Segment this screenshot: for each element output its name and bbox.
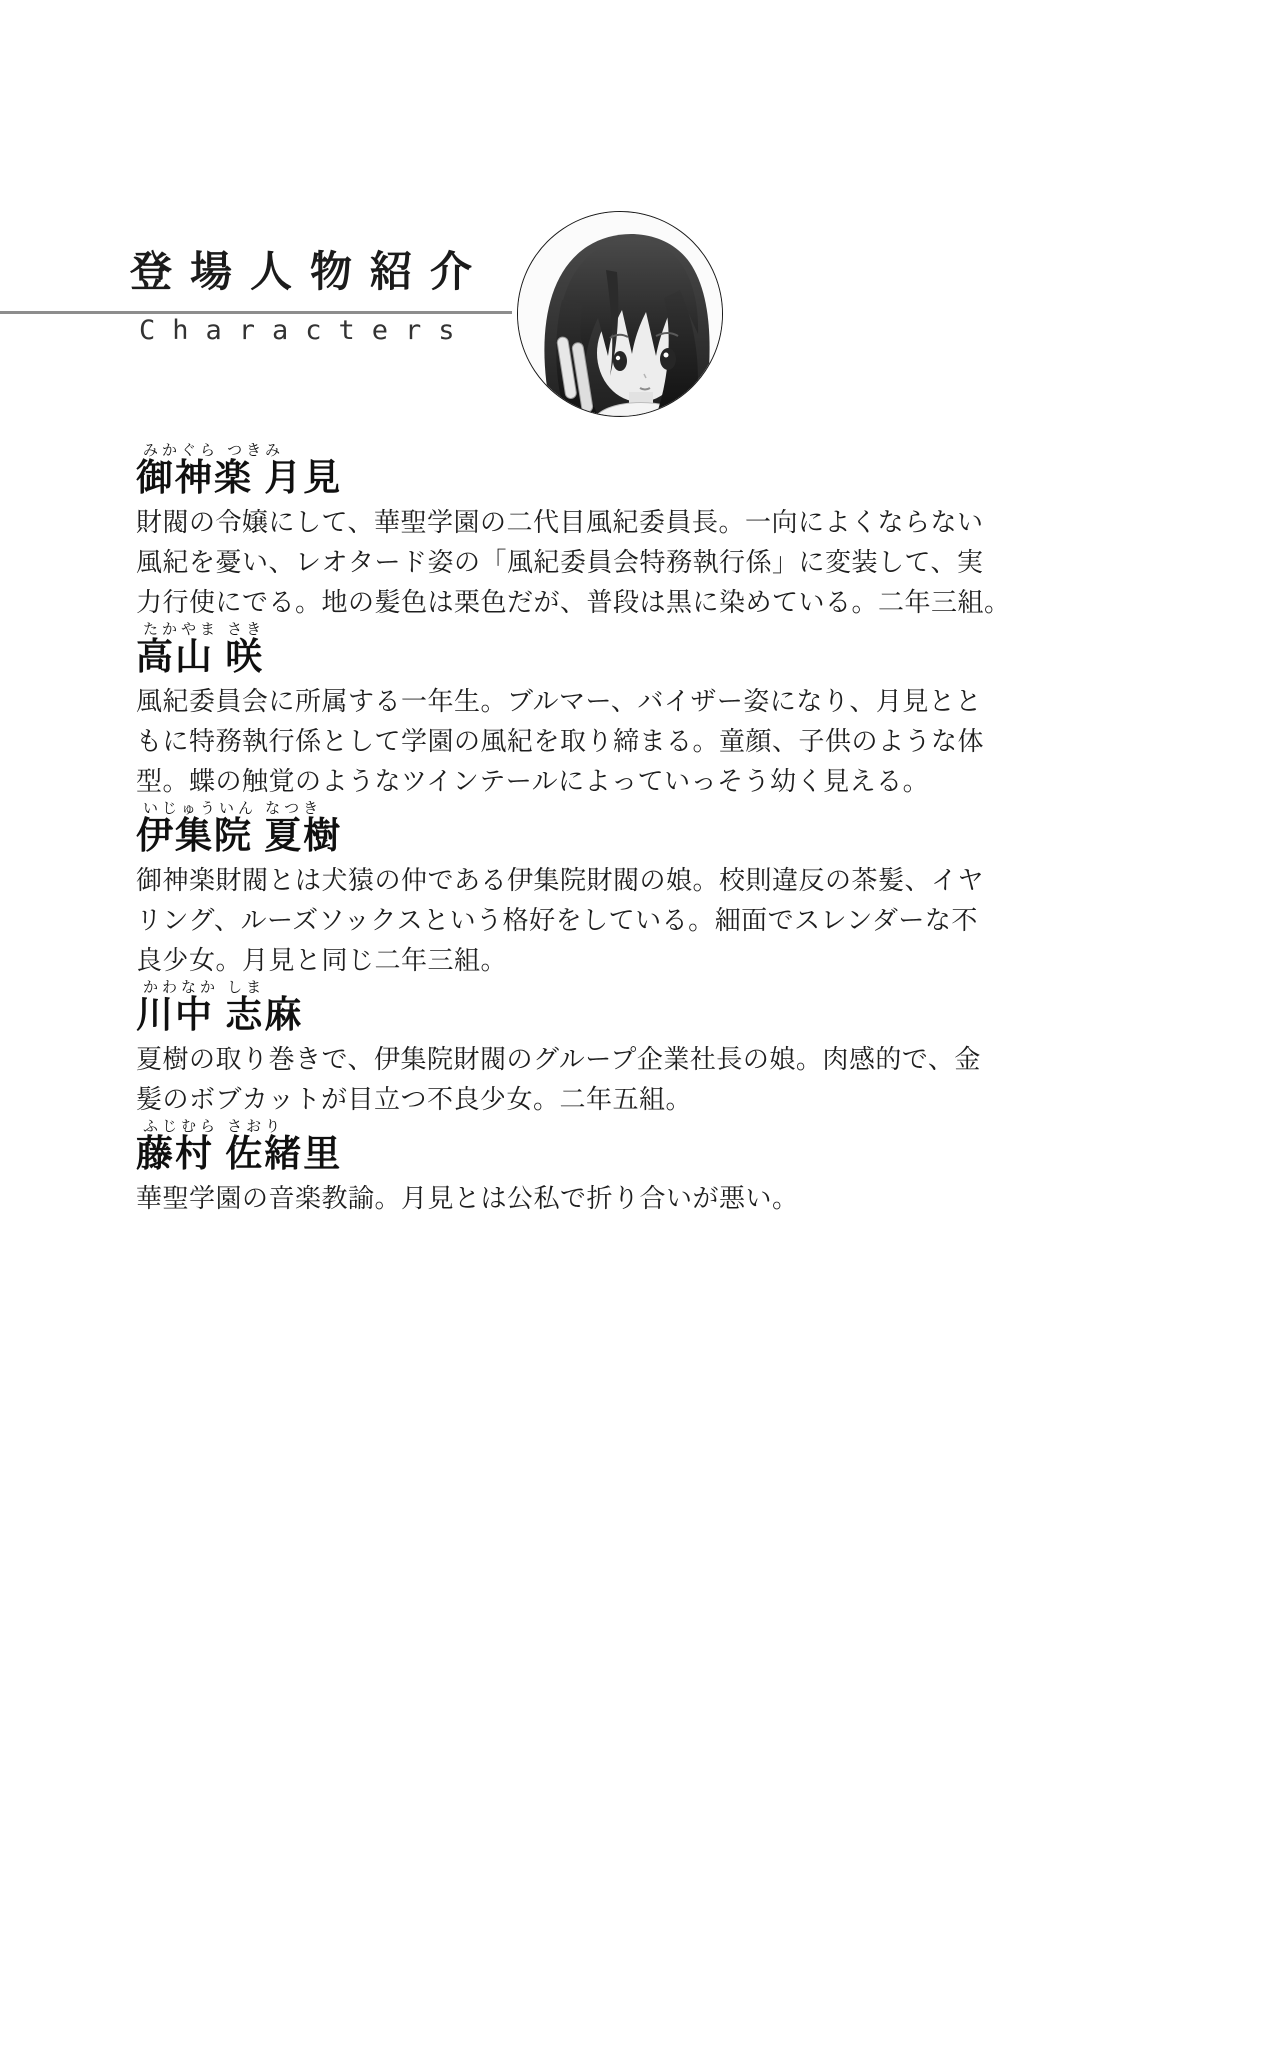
- character-portrait: [518, 212, 722, 416]
- character-description: 華聖学園の音楽教諭。月見とは公私で折り合いが悪い。: [136, 1178, 1048, 1218]
- character-name: 御神楽 月見: [136, 458, 1048, 500]
- furigana: たかやま さき: [143, 622, 1048, 637]
- page-subtitle: Characters: [139, 317, 472, 344]
- character-description: 風紀委員会に所属する一年生。ブルマー、バイザー姿になり、月見とと もに特務執行係…: [136, 681, 1048, 801]
- character-name: 高山 咲: [136, 637, 1048, 679]
- furigana: みかぐら つきみ: [143, 443, 1048, 458]
- character-name: 藤村 佐緒里: [136, 1134, 1048, 1176]
- page-title: 登場人物紹介: [130, 252, 490, 294]
- character-description: 御神楽財閥とは犬猿の仲である伊集院財閥の娘。校則違反の茶髪、イヤ リング、ルーズ…: [136, 860, 1048, 980]
- character-entry: ふじむら さおり 藤村 佐緒里 華聖学園の音楽教諭。月見とは公私で折り合いが悪い…: [136, 1119, 1048, 1218]
- character-description: 財閥の令嬢にして、華聖学園の二代目風紀委員長。一向によくならない 風紀を憂い、レ…: [136, 502, 1048, 622]
- character-entry: いじゅういん なつき 伊集院 夏樹 御神楽財閥とは犬猿の仲である伊集院財閥の娘。…: [136, 801, 1048, 980]
- character-description: 夏樹の取り巻きで、伊集院財閥のグループ企業社長の娘。肉感的で、金 髪のボブカット…: [136, 1039, 1048, 1119]
- divider-line: [0, 311, 512, 314]
- furigana: かわなか しま: [143, 980, 1048, 995]
- character-entry: かわなか しま 川中 志麻 夏樹の取り巻きで、伊集院財閥のグループ企業社長の娘。…: [136, 980, 1048, 1119]
- anime-girl-portrait-icon: [518, 212, 722, 416]
- character-name: 川中 志麻: [136, 995, 1048, 1037]
- furigana: いじゅういん なつき: [143, 801, 1048, 816]
- page: 登場人物紹介 Characters: [0, 0, 1262, 2066]
- character-list: みかぐら つきみ 御神楽 月見 財閥の令嬢にして、華聖学園の二代目風紀委員長。一…: [136, 443, 1048, 1218]
- character-entry: みかぐら つきみ 御神楽 月見 財閥の令嬢にして、華聖学園の二代目風紀委員長。一…: [136, 443, 1048, 622]
- character-entry: たかやま さき 高山 咲 風紀委員会に所属する一年生。ブルマー、バイザー姿になり…: [136, 622, 1048, 801]
- furigana: ふじむら さおり: [143, 1119, 1048, 1134]
- character-name: 伊集院 夏樹: [136, 816, 1048, 858]
